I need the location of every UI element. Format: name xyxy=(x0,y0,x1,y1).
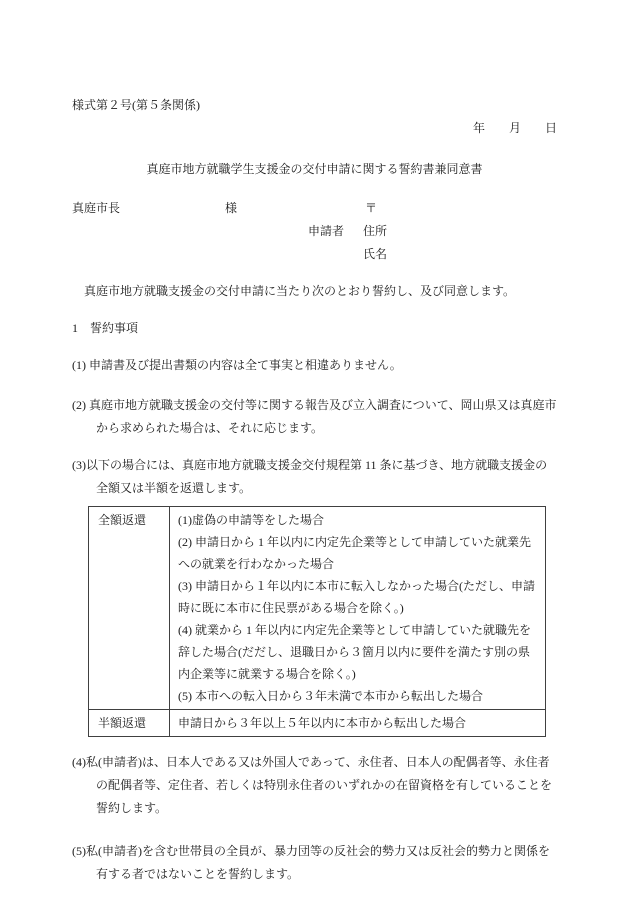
pledge-item-4: (4)私(申請者)は、日本人である又は外国人であって、永住者、日本人の配偶者等、… xyxy=(72,751,557,820)
pledge-item-5: (5)私(申請者)を含む世帯員の全員が、暴力団等の反社会的勢力又は反社会的勢力と… xyxy=(72,840,557,886)
refund-condition: (2) 申請日から 1 年以内に内定先企業等として申請していた就業先への就業を行… xyxy=(178,531,537,575)
postal-mark: 〒 xyxy=(365,197,377,220)
refund-conditions-full-cell: (1)虚偽の申請等をした場合 (2) 申請日から 1 年以内に内定先企業等として… xyxy=(170,507,546,710)
honorific-label: 様 xyxy=(225,197,237,220)
refund-table-row-half: 半額返還 申請日から３年以上５年以内に本市から転出した場合 xyxy=(89,710,546,737)
refund-condition: (5) 本市への転入日から３年未満で本市から転出した場合 xyxy=(178,685,537,707)
refund-condition: (4) 就業から 1 年以内に内定先企業等として申請していた就職先を辞した場合(… xyxy=(178,619,537,685)
addressee-name: 真庭市長 xyxy=(72,197,120,220)
refund-condition: (3) 申請日から１年以内に本市に転入しなかった場合(ただし、申請時に既に本市に… xyxy=(178,575,537,619)
refund-condition: 申請日から３年以上５年以内に本市から転出した場合 xyxy=(178,712,537,734)
address-label: 住所 xyxy=(363,220,387,243)
date-line: 年 月 日 xyxy=(72,117,557,140)
pledge-item-1: (1) 申請書及び提出書類の内容は全て事実と相違ありません。 xyxy=(72,354,557,377)
applicant-label: 申請者 xyxy=(308,220,344,243)
refund-conditions-half-cell: 申請日から３年以上５年以内に本市から転出した場合 xyxy=(170,710,546,737)
form-number: 様式第２号(第５条関係) xyxy=(72,94,557,117)
intro-paragraph: 真庭市地方就職支援金の交付申請に当たり次のとおり誓約し、及び同意します。 xyxy=(72,280,557,303)
refund-type-half-cell: 半額返還 xyxy=(89,710,170,737)
pledge-item-3: (3)以下の場合には、真庭市地方就職支援金交付規程第 11 条に基づき、地方就職… xyxy=(72,454,557,500)
addressee-block: 真庭市長 様 〒 申請者 住所 氏名 xyxy=(72,197,557,266)
document-title: 真庭市地方就職学生支援金の交付申請に関する誓約書兼同意書 xyxy=(72,158,557,181)
refund-type-full-cell: 全額返還 xyxy=(89,507,170,710)
section-1-heading: 1 誓約事項 xyxy=(72,317,557,340)
refund-table-row-full: 全額返還 (1)虚偽の申請等をした場合 (2) 申請日から 1 年以内に内定先企… xyxy=(89,507,546,710)
name-label: 氏名 xyxy=(363,243,387,266)
refund-table: 全額返還 (1)虚偽の申請等をした場合 (2) 申請日から 1 年以内に内定先企… xyxy=(88,506,546,737)
pledge-consent-document: 様式第２号(第５条関係) 年 月 日 真庭市地方就職学生支援金の交付申請に関する… xyxy=(0,0,630,903)
refund-condition: (1)虚偽の申請等をした場合 xyxy=(178,509,537,531)
pledge-item-2: (2) 真庭市地方就職支援金の交付等に関する報告及び立入調査について、岡山県又は… xyxy=(72,394,557,440)
